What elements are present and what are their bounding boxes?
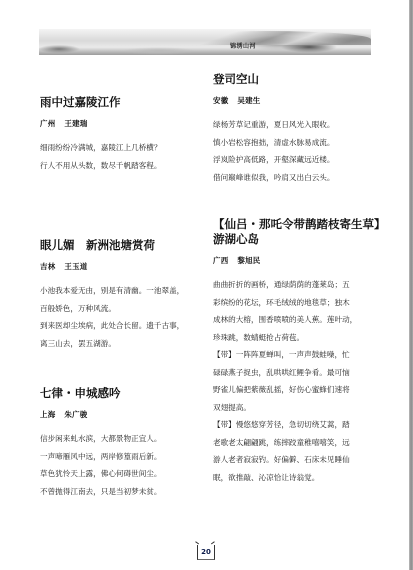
poem-body: 小池我本爱无由，别是有清幽。一池翠盖， 百般娇色，万种风流。 到来医却尘埃病，此… (40, 282, 205, 352)
mountain-ridge-decoration (194, 31, 371, 45)
poem-line: 游人老者寂寂钓。好偏僻、石床未见睡仙 (213, 451, 383, 469)
poem-body: 细雨纷纷冷满城，嘉陵江上几桥横？ 行人不用从头数，数尽千帆踏客程。 (40, 139, 205, 174)
poem-4: 登司空山 安徽吴建生 绿杨芳草记重游，夏日风光入眼收。 慎小岩松容抱拙，清虚水脉… (213, 72, 383, 186)
author-region: 安徽 (213, 96, 228, 105)
poem-author: 上海朱广骏 (40, 410, 205, 420)
poem-line: 碌碌燕子捉虫，乱哄哄红鲤争肴。最可恼 (213, 364, 383, 382)
poem-line: 到来医却尘埃病，此处合长留。遗千古事， (40, 317, 205, 335)
author-name: 吴建生 (237, 96, 260, 105)
poem-title: 眼儿媚 新洲池塘赏荷 (40, 238, 205, 253)
author-name: 王建瑞 (64, 119, 87, 128)
poem-2: 眼儿媚 新洲池塘赏荷 吉林王玉道 小池我本爱无由，别是有清幽。一池翠盖， 百般娇… (40, 238, 205, 352)
poem-author: 吉林王玉道 (40, 262, 205, 272)
author-region: 吉林 (40, 262, 55, 271)
poem-line: 行人不用从头数，数尽千帆踏客程。 (40, 157, 205, 175)
poem-line: 浮岚险护高低路，开壑深藏远近楼。 (213, 151, 383, 169)
poem-line: 【带】一阵阵夏蝉叫，一声声鼓蛙噪，忙 (213, 346, 383, 364)
poem-line: 【带】慢悠悠穿芳径，急切切绕艾蒿，踏 (213, 416, 383, 434)
poem-line: 百般娇色，万种风流。 (40, 300, 205, 318)
poem-3: 七律・申城感吟 上海朱广骏 信步闲来虬水滨，大都景物正宜人。 一声啼雁风中远，两… (40, 386, 205, 500)
author-region: 广州 (40, 119, 55, 128)
poem-line: 细雨纷纷冷满城，嘉陵江上几桥横？ (40, 139, 205, 157)
poem-line: 彩缤纷的花坛，环毛绒绒的地毯草；独木 (213, 294, 383, 312)
page-number-badge: 20 (195, 545, 215, 561)
poem-line: 眠，欲推敲、沁凉恰让诗翁觉。 (213, 469, 383, 487)
author-name: 朱广骏 (64, 410, 87, 419)
poem-line: 珍珠跳，数蜻蜓抢占荷苞。 (213, 329, 383, 347)
poem-line: 慎小岩松容抱拙，清虚水脉易成流。 (213, 134, 383, 152)
poem-line: 信步闲来虬水滨，大都景物正宜人。 (40, 430, 205, 448)
poem-title-line2: 游湖心岛 (213, 232, 383, 247)
poem-title: 七律・申城感吟 (40, 386, 205, 401)
poem-body: 曲曲折折的画桥，通绿荫荫的蓬莱岛；五 彩缤纷的花坛，环毛绒绒的地毯草；独木 成林… (213, 276, 383, 486)
poem-author: 广州王建瑞 (40, 119, 205, 129)
author-region: 广西 (213, 256, 228, 265)
poem-author: 广西黎旭民 (213, 256, 383, 266)
poem-line: 野雀儿偏把紫薇乱摇，好伤心蜜蜂们速将 (213, 381, 383, 399)
page-edge-scrollbar[interactable] (409, 0, 413, 570)
poem-line: 绿杨芳草记重游，夏日风光入眼收。 (213, 116, 383, 134)
poem-line: 老歌老太翩翩跳，练摔跤童稚嘻嘻笑，远 (213, 434, 383, 452)
author-name: 王玉道 (64, 262, 87, 271)
poem-line: 成林的大榕，围香喷喷的美人蕉。莲叶动， (213, 311, 383, 329)
poem-line: 借问巅峰谁似我，吟肩又出白云头。 (213, 169, 383, 187)
poem-line: 小池我本爱无由，别是有清幽。一池翠盖， (40, 282, 205, 300)
poem-line: 草色犹怜天上露，佛心何碍世间尘。 (40, 465, 205, 483)
author-name: 黎旭民 (237, 256, 260, 265)
poem-title-line1: 【仙吕・那吒令带鹊踏枝寄生草】 (213, 217, 383, 232)
poem-line: 曲曲折折的画桥，通绿荫荫的蓬莱岛；五 (213, 276, 383, 294)
banner-title: 锦绣山河 (230, 41, 256, 50)
poem-line: 一声啼雁风中远，两岸修篁雨后新。 (40, 448, 205, 466)
poem-5: 【仙吕・那吒令带鹊踏枝寄生草】 游湖心岛 广西黎旭民 曲曲折折的画桥，通绿荫荫的… (213, 217, 383, 486)
header-banner-landscape: 锦绣山河 (39, 29, 371, 55)
poem-1: 雨中过嘉陵江作 广州王建瑞 细雨纷纷冷满城，嘉陵江上几桥横？ 行人不用从头数，数… (40, 95, 205, 174)
poem-body: 信步闲来虬水滨，大都景物正宜人。 一声啼雁风中远，两岸修篁雨后新。 草色犹怜天上… (40, 430, 205, 500)
poem-title: 雨中过嘉陵江作 (40, 95, 205, 110)
poem-title: 登司空山 (213, 72, 383, 87)
poem-author: 安徽吴建生 (213, 96, 383, 106)
author-region: 上海 (40, 410, 55, 419)
page-number: 20 (197, 545, 215, 560)
poem-line: 双翅提高。 (213, 399, 383, 417)
poem-line: 不曾抛得江南去，只是当初梦未贫。 (40, 483, 205, 501)
poem-body: 绿杨芳草记重游，夏日风光入眼收。 慎小岩松容抱拙，清虚水脉易成流。 浮岚险护高低… (213, 116, 383, 186)
poem-line: 离三山去，罢五湖游。 (40, 335, 205, 353)
